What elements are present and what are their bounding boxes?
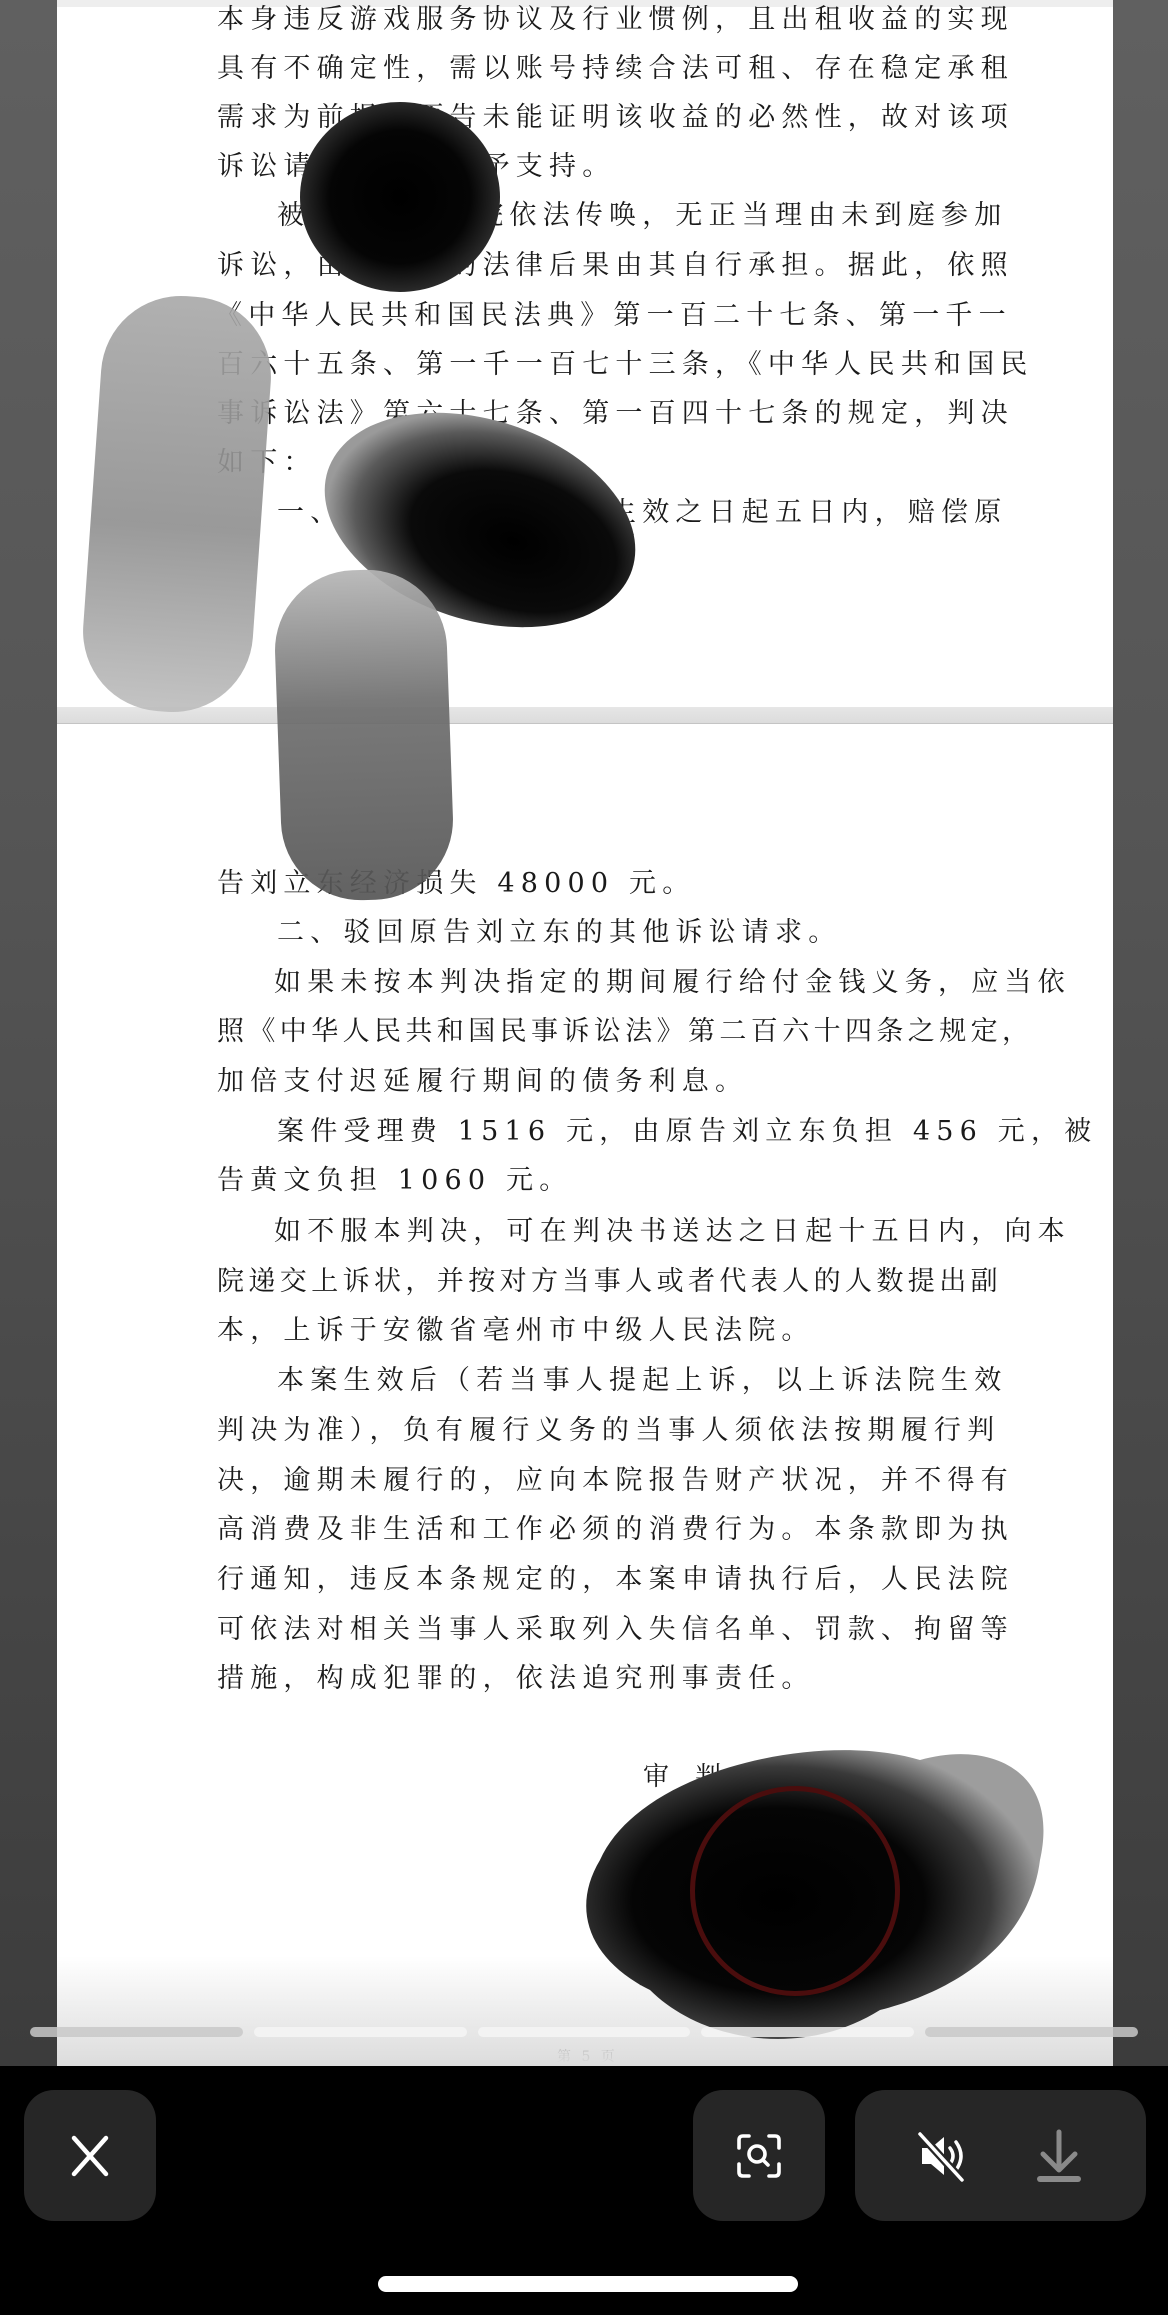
progress-segment xyxy=(30,2027,243,2037)
text-line: 《中华人民共和国民法典》第一百二十七条、第一千一 xyxy=(215,296,1005,336)
clerk-label: 书记员 xyxy=(629,1954,785,1991)
page-number: 第 5 页 xyxy=(557,2046,618,2066)
text-line: 本案生效后（若当事人提起上诉，以上诉法院生效 xyxy=(277,1361,1007,1401)
text-line: 院递交上诉状，并按对方当事人或者代表人的人数提出副 xyxy=(217,1262,1007,1302)
text-line: 百六十五条、第一千一百七十三条，《中华人民共和国民 xyxy=(217,345,1007,385)
close-icon xyxy=(68,2134,112,2178)
text-line: 可依法对相关当事人采取列入失信名单、罚款、拘留等 xyxy=(217,1610,1007,1650)
document-page-5: 告刘立东经济损失 48000 元。 二、驳回原告刘立东的其他诉讼请求。 如果未按… xyxy=(57,724,1113,2066)
text-line: 被告黄文经本院依法传唤，无正当理由未到庭参加 xyxy=(277,196,1007,236)
text-line: 事诉讼法》第六十七条、第一百四十七条的规定，判决 xyxy=(217,394,1007,434)
document-viewer[interactable]: 本身违反游戏服务协议及行业惯例，且出租收益的实现 具有不确定性，需以账号持续合法… xyxy=(0,0,1168,2066)
speaker-muted-icon xyxy=(914,2128,970,2184)
text-line: 如下： xyxy=(217,443,1007,483)
mute-button[interactable] xyxy=(897,2111,987,2201)
text-line: 如不服本判决，可在判决书送达之日起十五日内，向本 xyxy=(274,1212,1004,1252)
text-line: 二、驳回原告刘立东的其他诉讼请求。 xyxy=(277,913,1007,953)
redacted-name-char xyxy=(928,1772,944,1788)
date-start: 二〇 xyxy=(643,1854,695,1891)
progress-segment xyxy=(254,2027,467,2037)
text-line: 诉讼请求，本院不予支持。 xyxy=(217,147,1007,187)
text-line: 加倍支付迟延履行期间的债务利息。 xyxy=(217,1062,1007,1102)
download-button[interactable] xyxy=(1014,2111,1104,2201)
home-indicator[interactable] xyxy=(378,2276,798,2292)
text-line: 本身违反游戏服务协议及行业惯例，且出租收益的实现 xyxy=(217,0,1007,40)
judge-label: 审判员 xyxy=(643,1756,799,1793)
progress-segment xyxy=(478,2027,691,2037)
text-line: 本，上诉于安徽省亳州市中级人民法院。 xyxy=(217,1311,1007,1351)
text-line: 一、被告黄文于本判决生效之日起五日内，赔偿原 xyxy=(277,493,1007,533)
document-page-4: 本身违反游戏服务协议及行业惯例，且出租收益的实现 具有不确定性，需以账号持续合法… xyxy=(57,0,1113,707)
text-line: 告黄文负担 1060 元。 xyxy=(217,1161,1007,1201)
progress-segment xyxy=(701,2027,914,2037)
text-line: 如果未按本判决指定的期间履行给付金钱义务，应当依 xyxy=(274,963,1004,1003)
text-line: 诉讼，由此产生的法律后果由其自行承担。据此，依照 xyxy=(217,246,1007,286)
text-line: 高消费及非生活和工作必须的消费行为。本条款即为执 xyxy=(217,1510,1007,1550)
text-line: 需求为前提，原告未能证明该收益的必然性，故对该项 xyxy=(217,98,1007,138)
text-line: 行通知，违反本条规定的，本案申请执行后，人民法院 xyxy=(217,1560,1007,1600)
text-line: 决，逾期未履行的，应向本院报告财产状况，并不得有 xyxy=(217,1461,1007,1501)
media-actions-group xyxy=(855,2090,1146,2221)
page-number: 第 4 页 xyxy=(577,530,638,550)
page-separator xyxy=(57,707,1113,724)
close-button[interactable] xyxy=(24,2090,156,2221)
text-line: 案件受理费 1516 元，由原告刘立东负担 456 元，被 xyxy=(277,1112,1007,1152)
page-progress-bar xyxy=(30,2027,1138,2037)
text-line: 告刘立东经济损失 48000 元。 xyxy=(217,864,1007,904)
progress-segment xyxy=(925,2027,1138,2037)
redacted-name-char xyxy=(878,1772,894,1788)
download-icon xyxy=(1033,2128,1085,2184)
text-line: 判决为准），负有履行义务的当事人须依法按期履行判 xyxy=(217,1411,1007,1451)
visual-lookup-icon xyxy=(735,2132,783,2180)
text-line: 具有不确定性，需以账号持续合法可租、存在稳定承租 xyxy=(217,49,1007,89)
text-line: 照《中华人民共和国民事诉讼法》第二百六十四条之规定， xyxy=(217,1012,1007,1052)
date-end: 三日 xyxy=(897,1854,957,1891)
visual-lookup-button[interactable] xyxy=(693,2090,825,2221)
text-line: 措施，构成犯罪的，依法追究刑事责任。 xyxy=(217,1659,1007,1699)
